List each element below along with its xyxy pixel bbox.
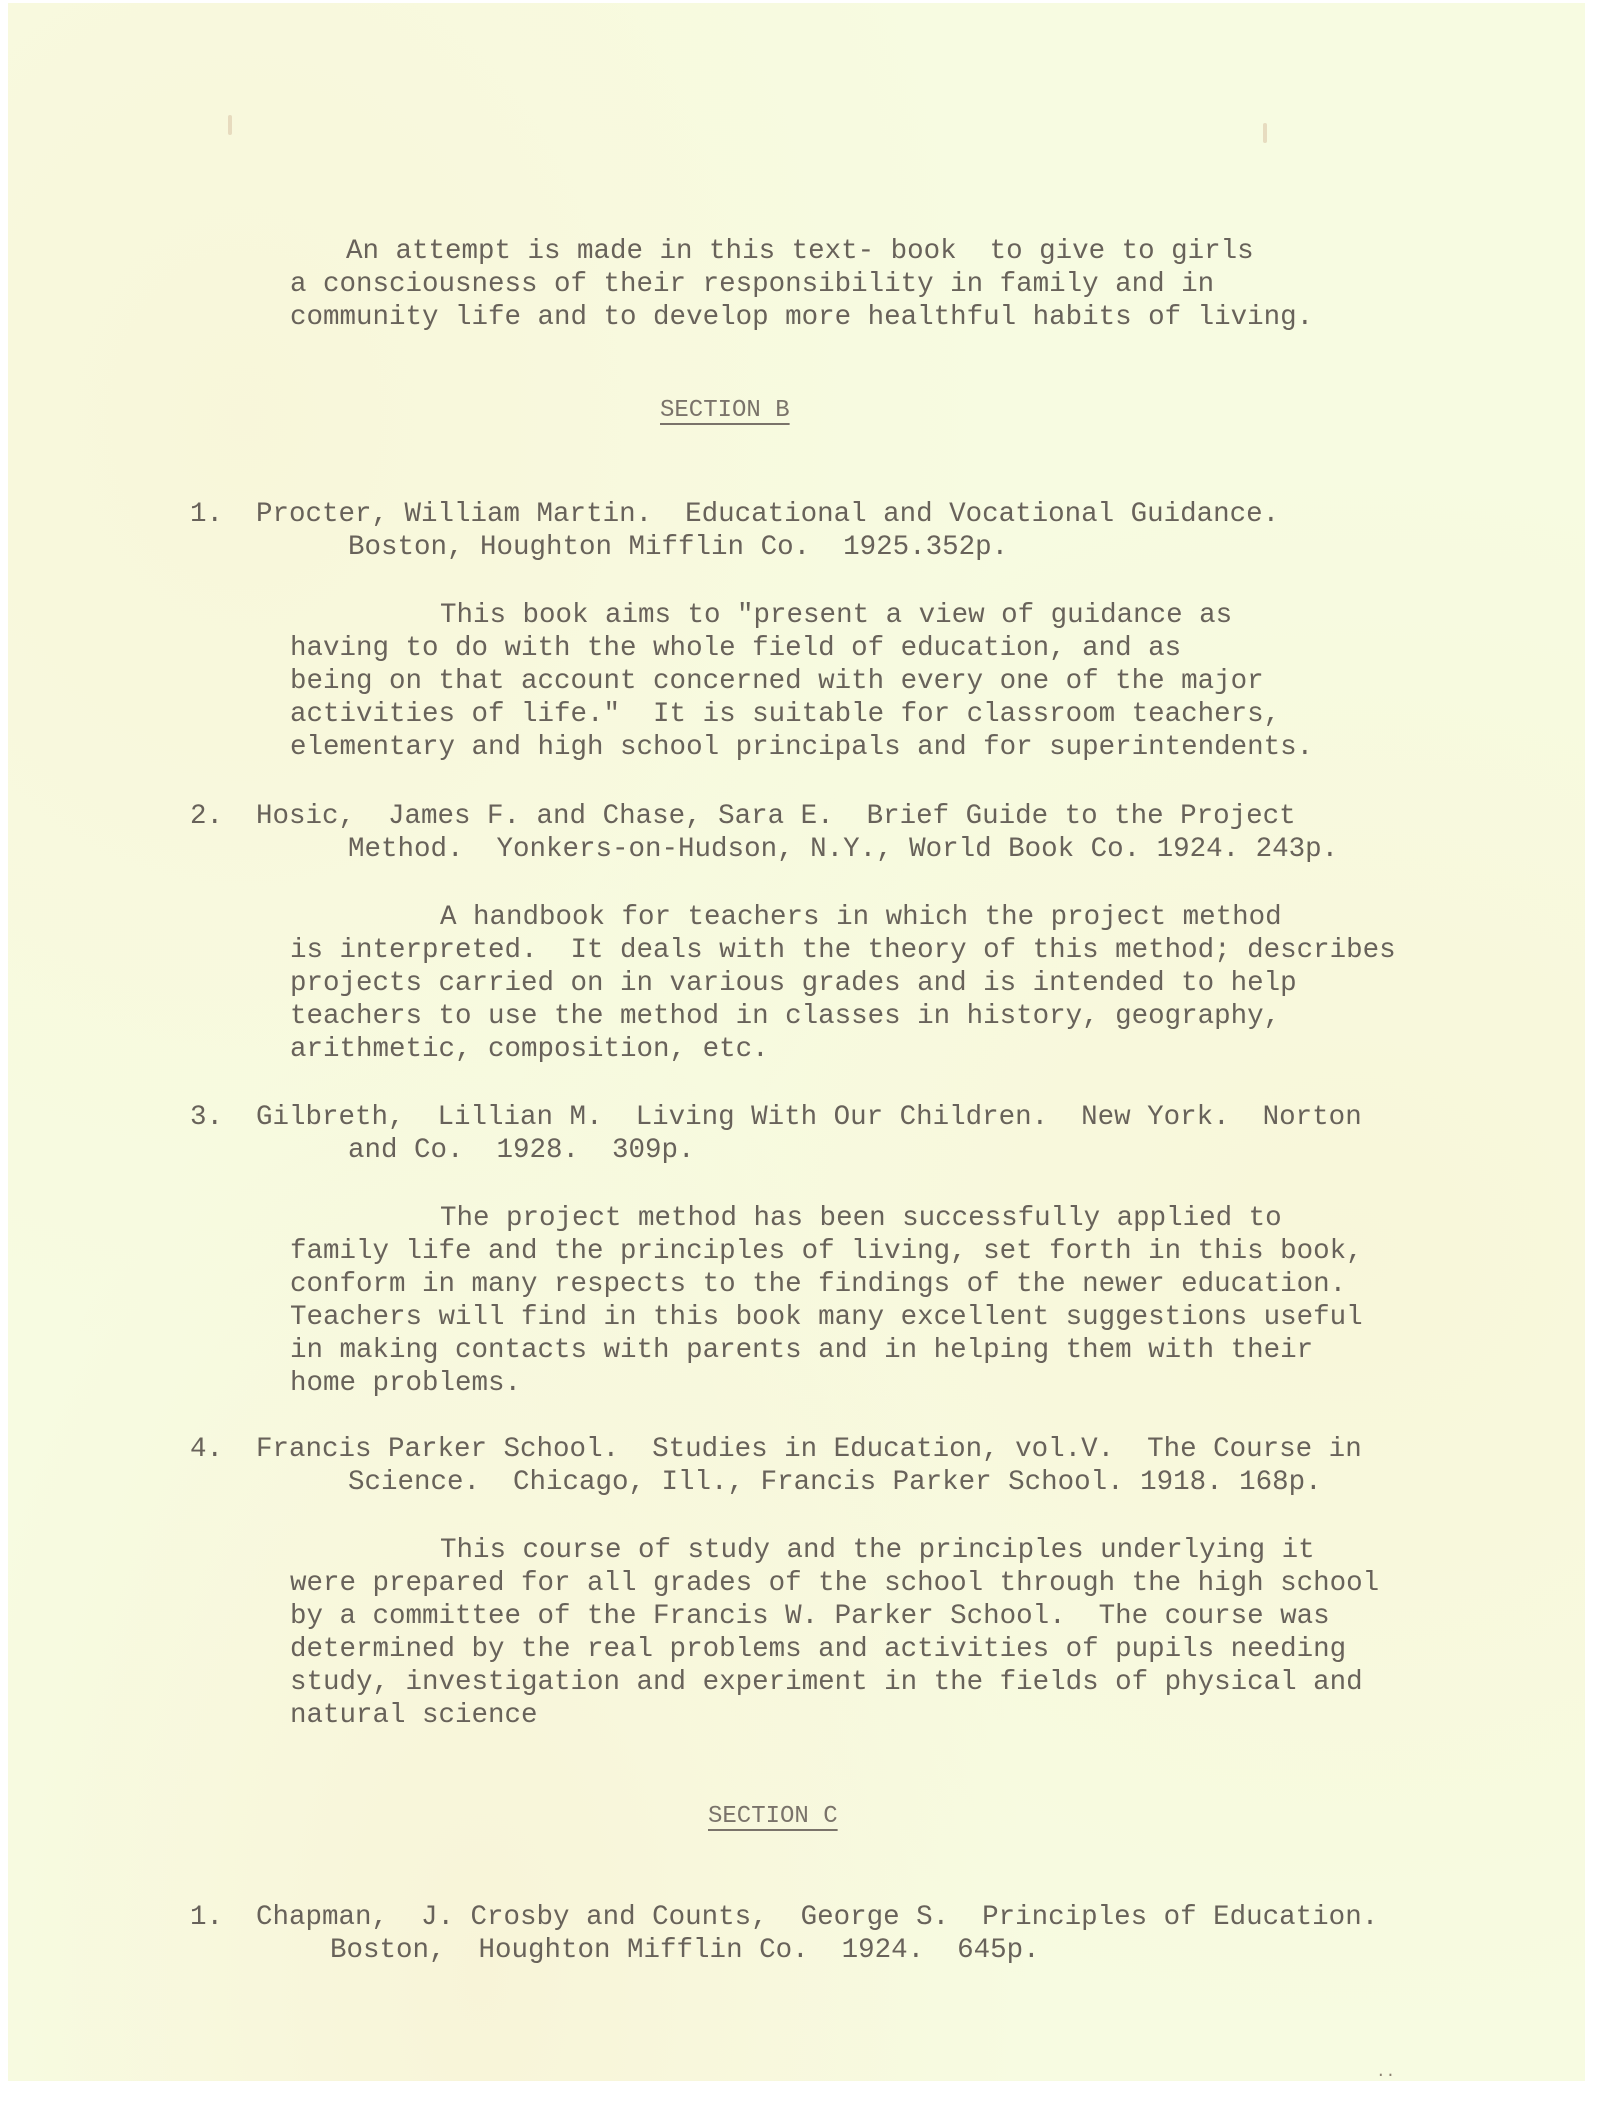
annotation-line: natural science [290,1699,538,1732]
citation-line: Boston, Houghton Mifflin Co. 1924. 645p. [330,1934,1040,1967]
annotation-line: study, investigation and experiment in t… [290,1666,1363,1699]
annotation-line: teachers to use the method in classes in… [290,1000,1280,1033]
annotation-line: in making contacts with parents and in h… [290,1334,1313,1367]
footer-marks: .. [1376,2063,1395,2081]
citation-line: 4. Francis Parker School. Studies in Edu… [190,1433,1362,1466]
citation-line: 3. Gilbreth, Lillian M. Living With Our … [190,1101,1362,1134]
annotation-line: determined by the real problems and acti… [290,1633,1346,1666]
annotation-line: being on that account concerned with eve… [290,665,1264,698]
typed-page: An attempt is made in this text- book to… [8,3,1585,2081]
annotation-line: This course of study and the principles … [440,1534,1315,1567]
annotation-line: This book aims to "present a view of gui… [440,599,1232,632]
annotation-line: conform in many respects to the findings… [290,1268,1346,1301]
citation-line: Science. Chicago, Ill., Francis Parker S… [348,1466,1322,1499]
annotation-line: home problems. [290,1367,521,1400]
citation-line: Boston, Houghton Mifflin Co. 1925.352p. [348,531,1008,564]
annotation-line: The project method has been successfully… [440,1202,1282,1235]
section-c-heading: SECTION C [708,1803,838,1831]
citation-line: and Co. 1928. 309p. [348,1134,695,1167]
intro-line: a consciousness of their responsibility … [290,268,1214,301]
citation-line: Method. Yonkers-on-Hudson, N.Y., World B… [348,833,1338,866]
citation-line: 2. Hosic, James F. and Chase, Sara E. Br… [190,800,1296,833]
annotation-line: is interpreted. It deals with the theory… [290,934,1396,967]
annotation-line: elementary and high school principals an… [290,731,1313,764]
annotation-line: A handbook for teachers in which the pro… [440,901,1282,934]
intro-line: An attempt is made in this text- book to… [346,235,1254,268]
section-b-heading: SECTION B [660,397,790,425]
intro-line: community life and to develop more healt… [290,301,1313,334]
annotation-line: family life and the principles of living… [290,1235,1363,1268]
staple-mark-right [1263,123,1267,143]
annotation-line: were prepared for all grades of the scho… [290,1567,1379,1600]
annotation-line: activities of life." It is suitable for … [290,698,1280,731]
citation-line: 1. Chapman, J. Crosby and Counts, George… [190,1901,1378,1934]
annotation-line: having to do with the whole field of edu… [290,632,1181,665]
annotation-line: Teachers will find in this book many exc… [290,1301,1363,1334]
citation-line: 1. Procter, William Martin. Educational … [190,498,1279,531]
annotation-line: projects carried on in various grades an… [290,967,1297,1000]
annotation-line: arithmetic, composition, etc. [290,1033,769,1066]
annotation-line: by a committee of the Francis W. Parker … [290,1600,1330,1633]
staple-mark-left [228,115,232,135]
